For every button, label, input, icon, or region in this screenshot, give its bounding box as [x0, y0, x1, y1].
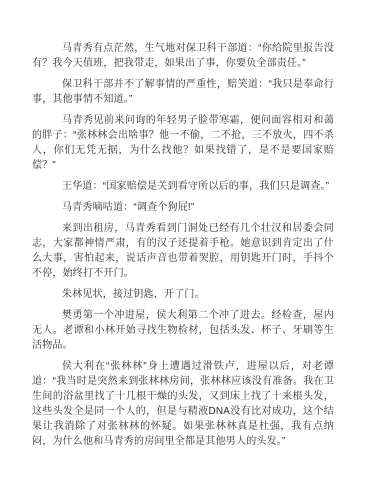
text-paragraph: 马青秀嘀咕道：“调查个狗屁!”: [32, 200, 334, 215]
text-paragraph: 保卫科干部并不了解事情的严重性，赔笑道：“我只是奉命行事，其他事情不知道。”: [32, 77, 334, 107]
text-paragraph: 侯大利在“张林林”身上遭遇过滑铁卢，进屋以后，对老谭道：“我当时是突然来到张林林…: [32, 359, 334, 449]
text-paragraph: 王华道：“国家赔偿是关到看守所以后的事，我们只是调查。”: [32, 179, 334, 194]
text-paragraph: 朱林见状，接过钥匙，开了门。: [32, 287, 334, 302]
text-paragraph: 来到出租房，马青秀看到门洞处已经有几个壮汉和居委会同志，大家都神情严肃，有的汉子…: [32, 221, 334, 281]
text-paragraph: 马青秀见前来问询的年轻男子脸带寒霜，便问面容相对和蔼的胖子：“张林林会出啥事？他…: [32, 113, 334, 173]
text-paragraph: 樊勇第一个冲进屋，侯大利第二个冲了进去。经检查，屋内无人。老谭和小林开始寻找生物…: [32, 308, 334, 353]
book-page: 马青秀有点茫然，生气地对保卫科干部道：“你给院里报告没有？我今天值班，把我带走，…: [0, 0, 370, 480]
text-paragraph: 马青秀有点茫然，生气地对保卫科干部道：“你给院里报告没有？我今天值班，把我带走，…: [32, 41, 334, 71]
